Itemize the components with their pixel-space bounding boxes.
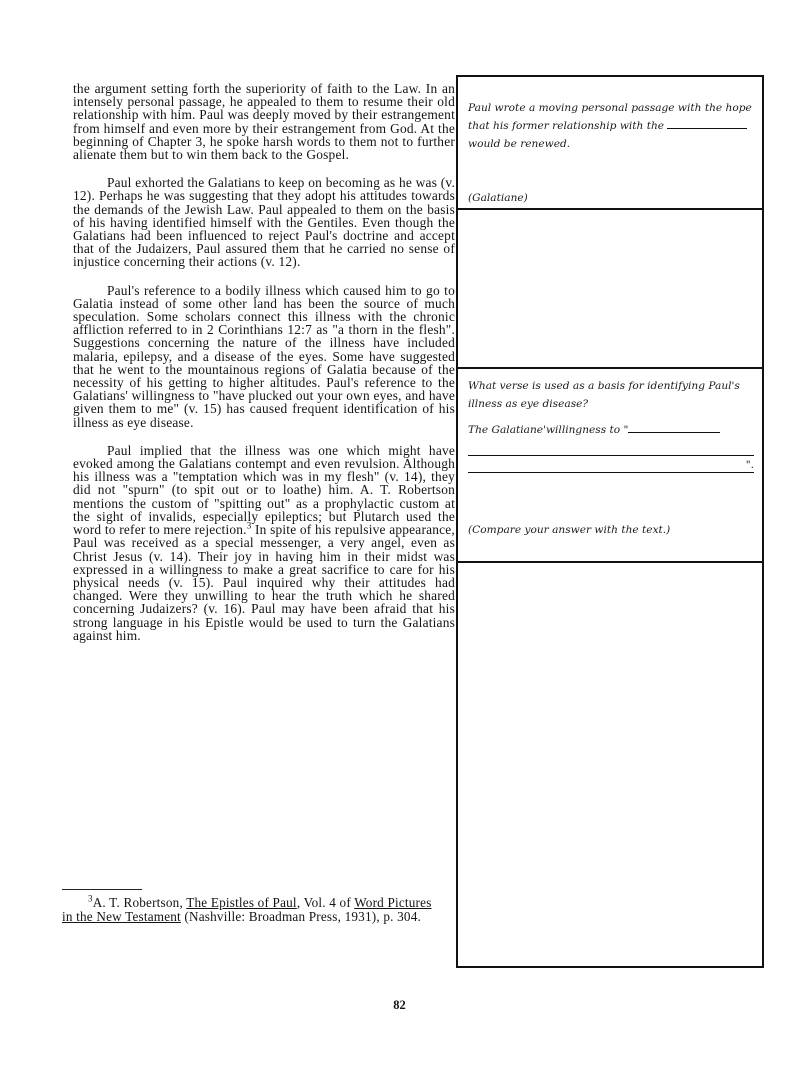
frame-1-answer-hint: (Galatiane) — [468, 189, 754, 207]
main-text-column: the argument setting forth the superiori… — [73, 82, 455, 657]
paragraph-2: Paul exhorted the Galatians to keep on b… — [73, 176, 455, 268]
frame-2-blank — [458, 210, 762, 369]
frame-3-answer: The Galatiane'willingness to " ". — [468, 421, 754, 473]
footnote: 3A. T. Robertson, The Epistles of Paul, … — [62, 896, 442, 923]
frame-3-answer-prefix: The Galatiane'willingness to " — [468, 424, 628, 436]
workbook-frame-column: Paul wrote a moving personal passage wit… — [456, 75, 764, 968]
frame-3-answer-blank-2[interactable] — [468, 439, 754, 456]
frame-1-text-end: would be renewed. — [468, 138, 570, 150]
frame-3-question: What verse is used as a basis for identi… — [468, 377, 754, 413]
footnote-end: (Nashville: Broadman Press, 1931), p. 30… — [181, 909, 421, 924]
frame-3: What verse is used as a basis for identi… — [458, 369, 762, 563]
page-number: 82 — [0, 998, 799, 1013]
paragraph-4-part-2: In spite of his repulsive appearance, Pa… — [73, 522, 455, 643]
frame-1-blank[interactable] — [667, 117, 747, 129]
frame-3-answer-blank-1[interactable] — [628, 421, 720, 433]
frame-3-answer-blank-3[interactable]: ". — [468, 456, 754, 473]
paragraph-3: Paul's reference to a bodily illness whi… — [73, 284, 455, 429]
footnote-rule — [62, 889, 142, 890]
frame-1: Paul wrote a moving personal passage wit… — [458, 77, 762, 210]
frame-4-blank — [458, 563, 762, 966]
frame-3-instruction: (Compare your answer with the text.) — [468, 521, 754, 539]
paragraph-4: Paul implied that the illness was one wh… — [73, 444, 455, 642]
paragraph-1: the argument setting forth the superiori… — [73, 82, 455, 161]
frame-1-prompt: Paul wrote a moving personal passage wit… — [468, 99, 754, 153]
frame-3-answer-suffix: ". — [746, 459, 754, 471]
